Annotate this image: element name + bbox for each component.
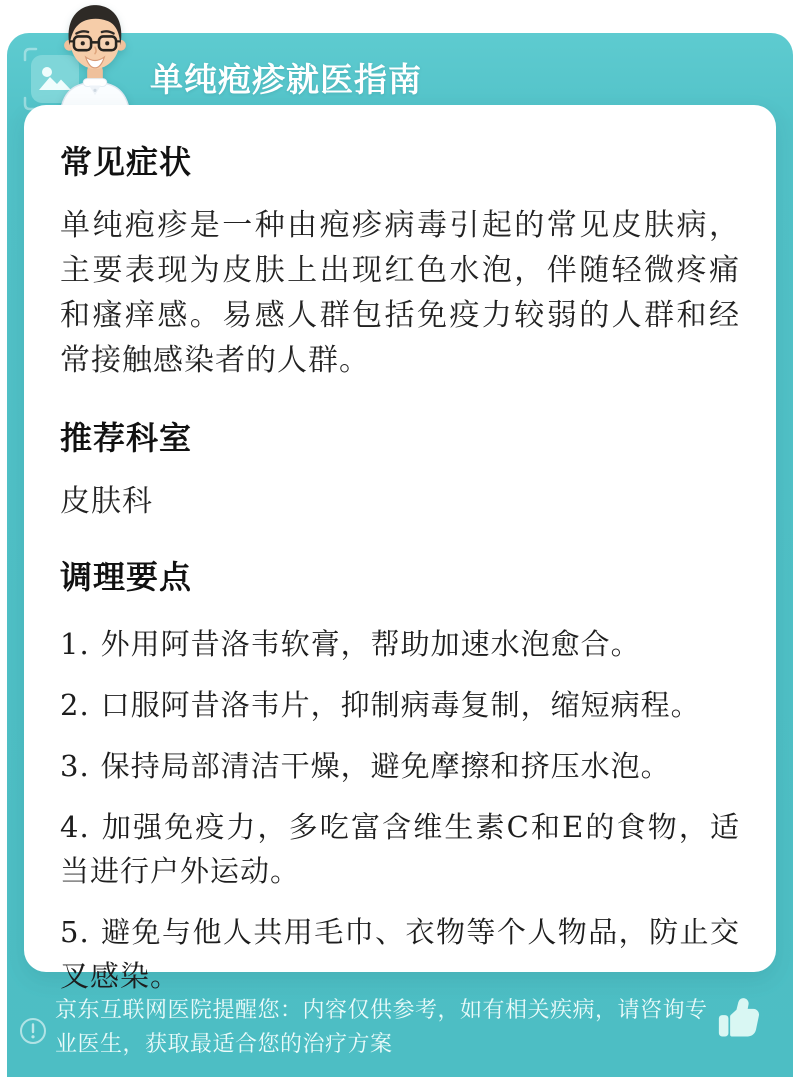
header: 单纯疱疹就医指南 xyxy=(0,0,800,115)
footer: 京东互联网医院提醒您：内容仅供参考，如有相关疾病，请咨询专业医生，获取最适合您的… xyxy=(7,972,793,1077)
alert-circle-icon xyxy=(18,1016,48,1046)
guide-card: 常见症状 单纯疱疹是一种由疱疹病毒引起的常见皮肤病，主要表现为皮肤上出现红色水泡… xyxy=(24,105,776,972)
list-marker: 4. xyxy=(60,810,90,844)
list-item: 2.口服阿昔洛韦片，抑制病毒复制，缩短病程。 xyxy=(60,683,740,727)
list-marker: 3. xyxy=(60,749,90,783)
section-heading-care: 调理要点 xyxy=(60,552,740,598)
thumbs-up-icon[interactable] xyxy=(711,992,765,1046)
disclaimer-text: 京东互联网医院提醒您：内容仅供参考，如有相关疾病，请咨询专业医生，获取最适合您的… xyxy=(55,994,723,1062)
list-item: 3.保持局部清洁干燥，避免摩擦和挤压水泡。 xyxy=(60,744,740,788)
list-text: 加强免疫力，多吃富含维生素C和E的食物，适当进行户外运动。 xyxy=(60,810,740,888)
list-item: 4.加强免疫力，多吃富含维生素C和E的食物，适当进行户外运动。 xyxy=(60,805,740,893)
list-text: 外用阿昔洛韦软膏，帮助加速水泡愈合。 xyxy=(101,627,641,661)
list-text: 口服阿昔洛韦片，抑制病毒复制，缩短病程。 xyxy=(101,688,701,722)
section-heading-symptoms: 常见症状 xyxy=(60,137,740,183)
list-item: 1.外用阿昔洛韦软膏，帮助加速水泡愈合。 xyxy=(60,622,740,666)
list-marker: 1. xyxy=(60,627,90,661)
care-list: 1.外用阿昔洛韦软膏，帮助加速水泡愈合。 2.口服阿昔洛韦片，抑制病毒复制，缩短… xyxy=(60,622,740,998)
department-text: 皮肤科 xyxy=(60,479,740,524)
symptoms-text: 单纯疱疹是一种由疱疹病毒引起的常见皮肤病，主要表现为皮肤上出现红色水泡，伴随轻微… xyxy=(60,203,740,383)
doctor-avatar xyxy=(46,0,144,118)
list-marker: 2. xyxy=(60,688,90,722)
page-title: 单纯疱疹就医指南 xyxy=(150,54,422,101)
section-heading-department: 推荐科室 xyxy=(60,413,740,459)
list-text: 保持局部清洁干燥，避免摩擦和挤压水泡。 xyxy=(101,749,671,783)
list-marker: 5. xyxy=(60,915,90,949)
